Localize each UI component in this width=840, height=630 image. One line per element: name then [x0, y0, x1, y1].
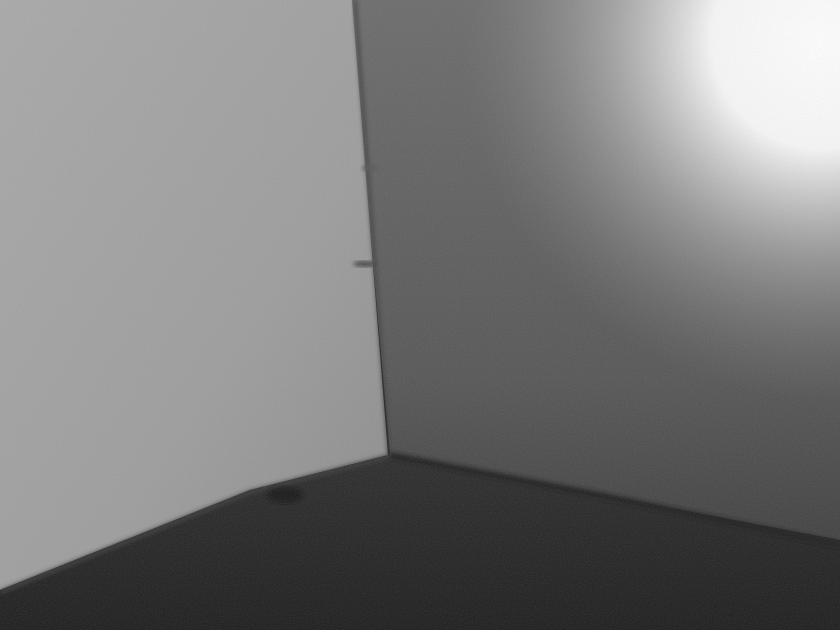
film-grain [0, 0, 840, 630]
photo-canvas [0, 0, 840, 630]
room-corner-photo: Grayscale low-light photograph of a room… [0, 0, 840, 630]
